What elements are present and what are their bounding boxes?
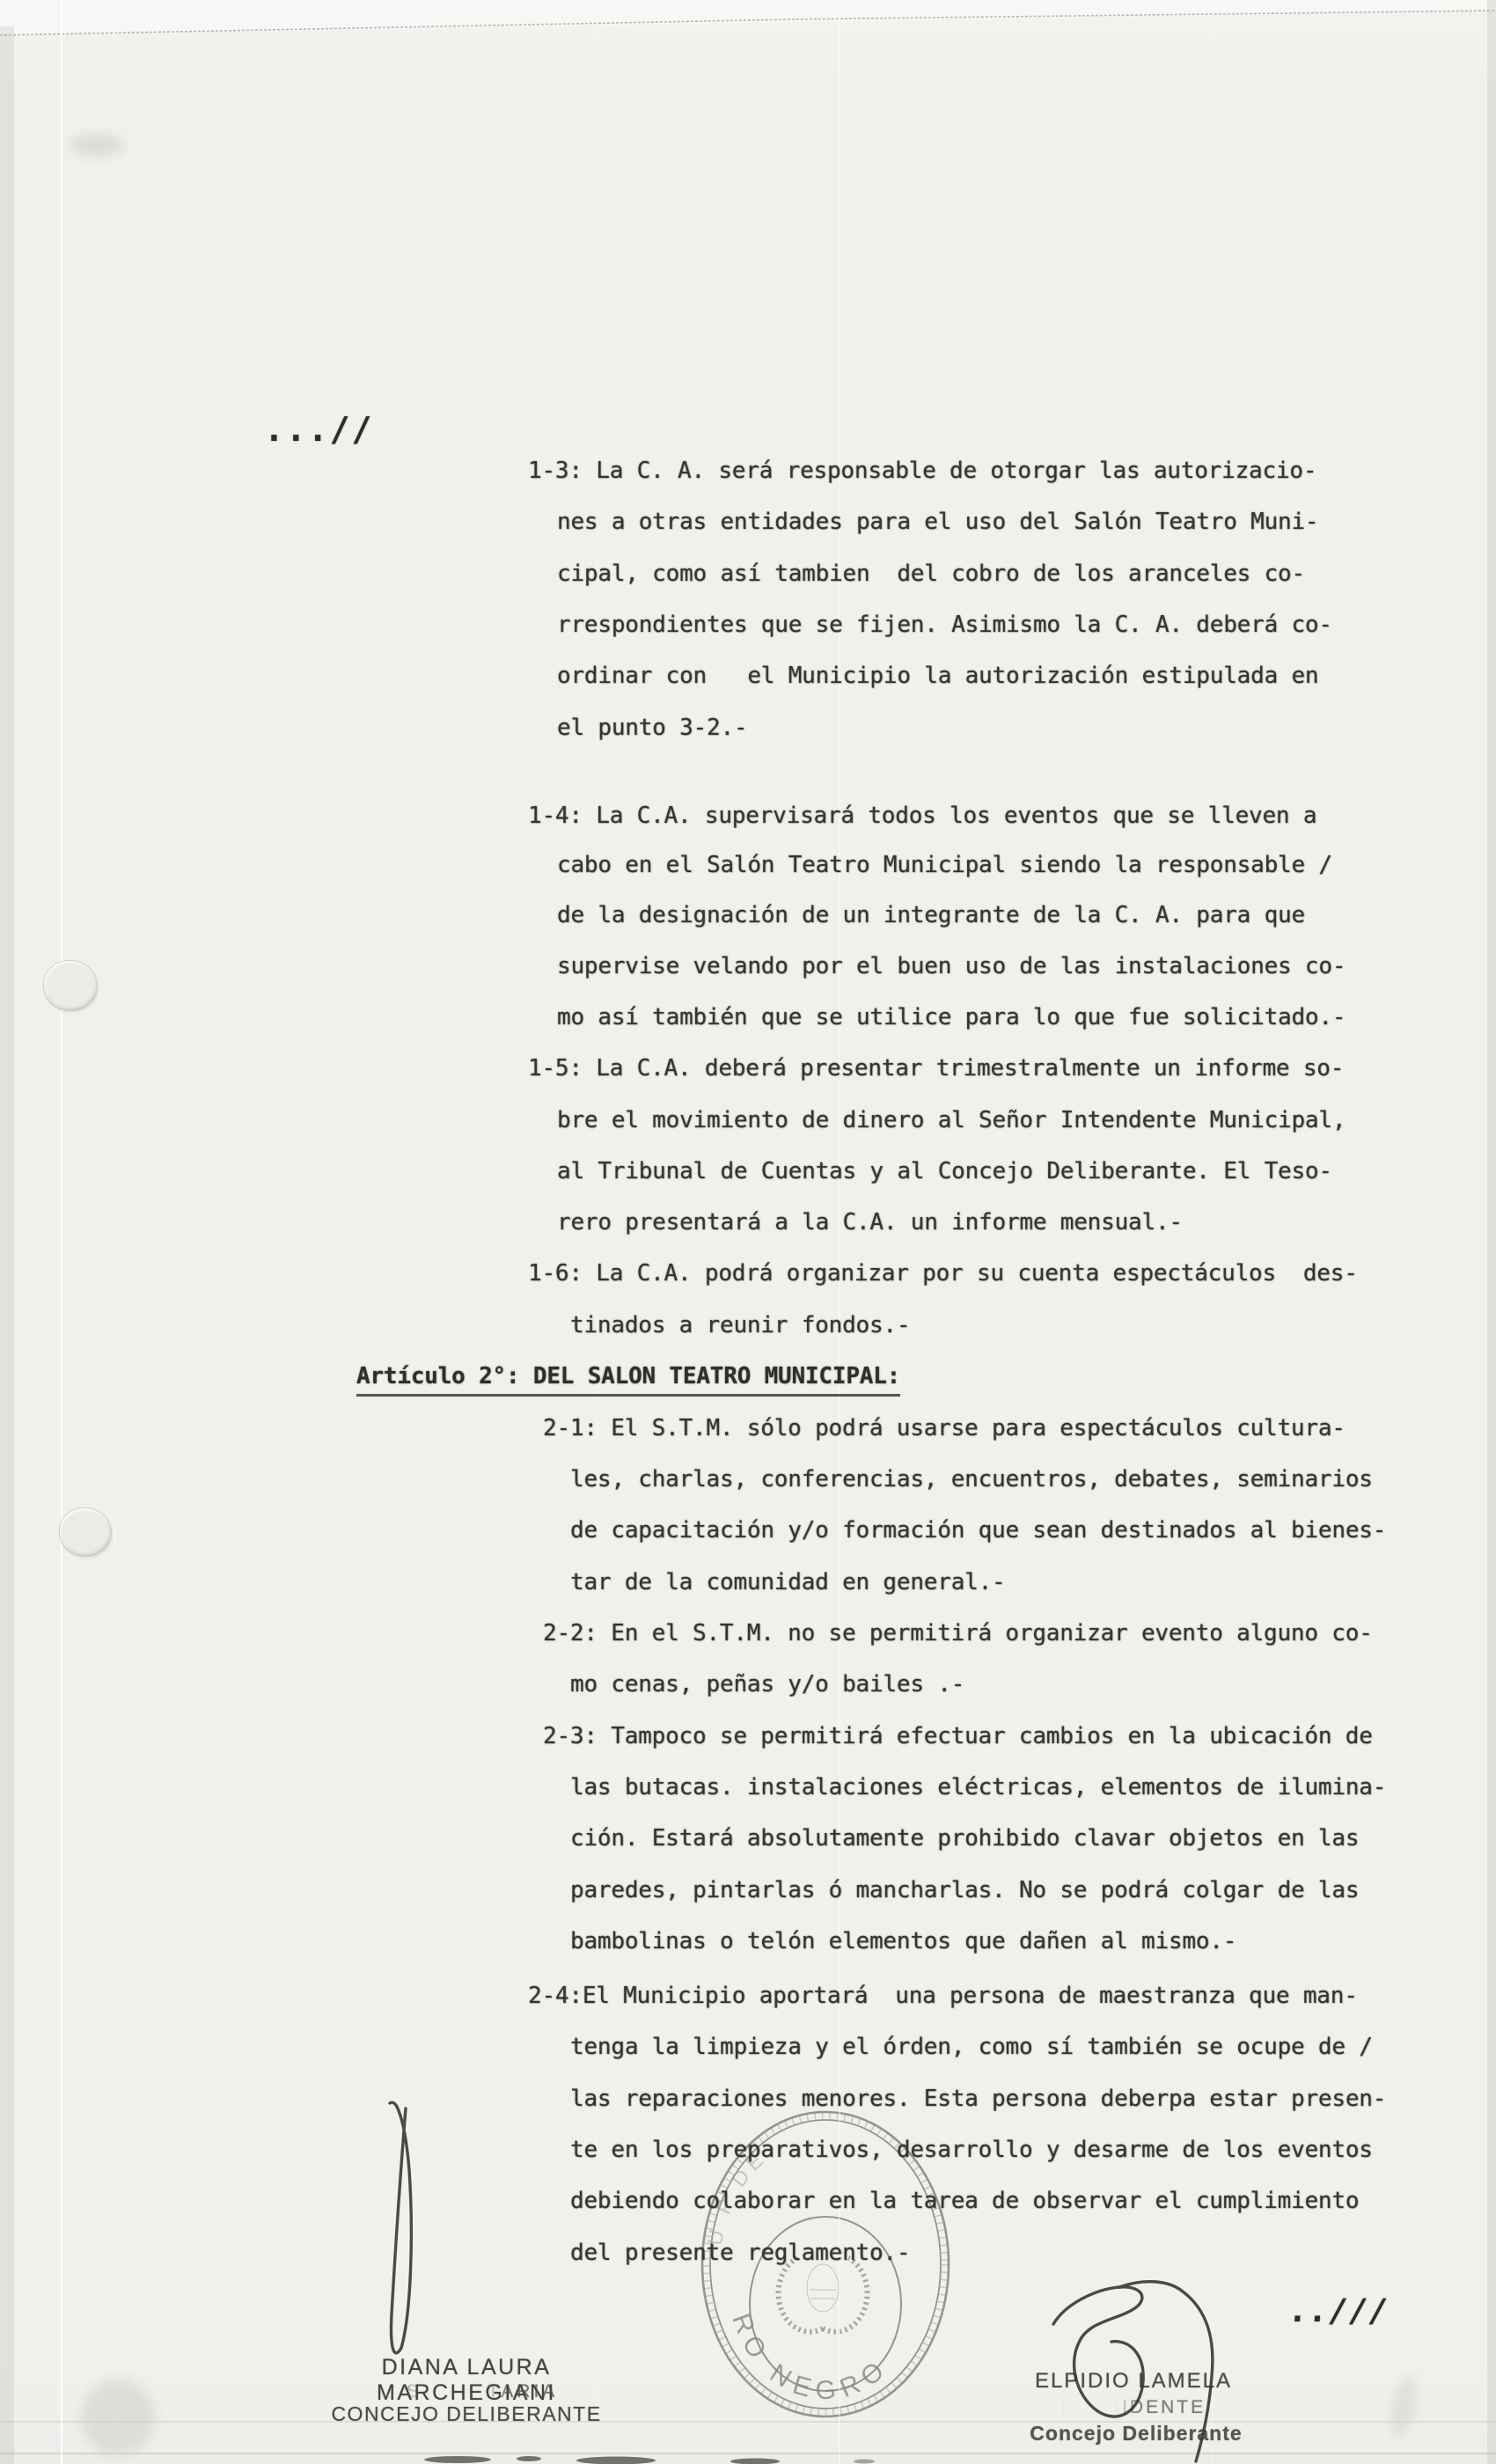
typed-line: del presente reglamento.- — [570, 2240, 910, 2266]
typed-line: tar de la comunidad en general.- — [570, 1569, 1006, 1595]
paper-top-edge — [0, 0, 1496, 37]
typed-line: 2-3: Tampoco se permitirá efectuar cambi… — [543, 1723, 1373, 1749]
right-edge-shading — [1487, 0, 1496, 2464]
typed-line: tinados a reunir fondos.- — [570, 1312, 910, 1338]
left-edge-shading — [0, 26, 14, 2464]
bottom-edge-speckles — [424, 2456, 875, 2464]
president-name-stamp: ELPIDIO LAMELA — [1019, 2369, 1248, 2394]
fold-line — [114, 0, 115, 2464]
typed-line: de la designación de un integrante de la… — [557, 902, 1305, 928]
typed-line: cipal, como así tambien del cobro de los… — [557, 561, 1305, 587]
secretary-role-stamp: SECRETARIA — [324, 2381, 641, 2402]
smudge-mark — [70, 134, 123, 157]
typed-line: supervise velando por el buen uso de las… — [557, 953, 1346, 979]
typed-line: 2-2: En el S.T.M. no se permitirá organi… — [543, 1620, 1373, 1646]
continuation-mark-top: ...// — [264, 410, 373, 449]
bottom-edge-band — [0, 2453, 1496, 2464]
typed-line: bre el movimiento de dinero al Señor Int… — [557, 1107, 1346, 1133]
seal-laurel-wreath-icon — [778, 2258, 867, 2332]
president-role-stamp: PRESIDENTE — [1019, 2397, 1248, 2418]
typed-line: debiendo colaborar en la tarea de observ… — [570, 2188, 1359, 2214]
smudge-mark — [81, 2380, 155, 2455]
typed-line: 2-1: El S.T.M. sólo podrá usarse para es… — [543, 1415, 1346, 1441]
typed-line: al Tribunal de Cuentas y al Concejo Deli… — [557, 1158, 1332, 1184]
president-org-stamp: Concejo Deliberante — [1008, 2422, 1264, 2446]
typed-line: rero presentará a la C.A. un informe men… — [557, 1209, 1183, 1236]
typed-line: el punto 3-2.- — [557, 715, 747, 741]
typed-line: ción. Estará absolutamente prohibido cla… — [570, 1825, 1359, 1852]
article-heading: Artículo 2°: DEL SALON TEATRO MUNICIPAL: — [356, 1363, 900, 1397]
fold-line — [61, 0, 62, 2464]
typed-line: rrespondientes que se fijen. Asimismo la… — [557, 612, 1332, 638]
scanned-document-page: U P DE RO NEGRO ...// ../// 1-3: La C. A… — [0, 0, 1496, 2464]
typed-line: 1-6: La C.A. podrá organizar por su cuen… — [528, 1260, 1358, 1287]
hole-punch-bottom — [60, 1508, 111, 1556]
smudge-mark — [1386, 2374, 1421, 2439]
typed-line: 2-4:El Municipio aportará una persona de… — [528, 1983, 1358, 2009]
typed-line: 1-4: La C.A. supervisará todos los event… — [528, 803, 1316, 829]
typed-line: paredes, pintarlas ó mancharlas. No se p… — [570, 1877, 1359, 1903]
hole-punch-top — [44, 961, 97, 1010]
typed-line: 1-5: La C.A. deberá presentar trimestral… — [528, 1055, 1344, 1082]
typed-line: nes a otras entidades para el uso del Sa… — [557, 509, 1318, 535]
typed-line: bambolinas o telón elementos que dañen a… — [570, 1928, 1236, 1954]
typed-line: ordinar con el Municipio la autorización… — [557, 663, 1318, 689]
typed-line: te en los preparativos, desarrollo y des… — [570, 2137, 1373, 2163]
typed-line: las butacas. instalaciones eléctricas, e… — [570, 1774, 1386, 1800]
typed-line: cabo en el Salón Teatro Municipal siendo… — [557, 852, 1332, 878]
secretary-org-stamp: CONCEJO DELIBERANTE — [308, 2402, 625, 2426]
typed-line: 1-3: La C. A. será responsable de otorga… — [528, 458, 1316, 484]
secretary-signature — [390, 2102, 411, 2353]
continuation-mark-bottom: ../// — [1287, 2293, 1390, 2329]
seal-bottom-text: RO NEGRO — [726, 2310, 895, 2406]
typed-line: tenga la limpieza y el órden, como sí ta… — [570, 2034, 1373, 2060]
typed-line: de capacitación y/o formación que sean d… — [570, 1517, 1386, 1544]
typed-line: les, charlas, conferencias, encuentros, … — [570, 1466, 1373, 1492]
typed-line: mo así también que se utilice para lo qu… — [557, 1004, 1346, 1030]
typed-line: mo cenas, peñas y/o bailes .- — [570, 1671, 964, 1698]
typed-line: las reparaciones menores. Esta persona d… — [570, 2086, 1386, 2112]
